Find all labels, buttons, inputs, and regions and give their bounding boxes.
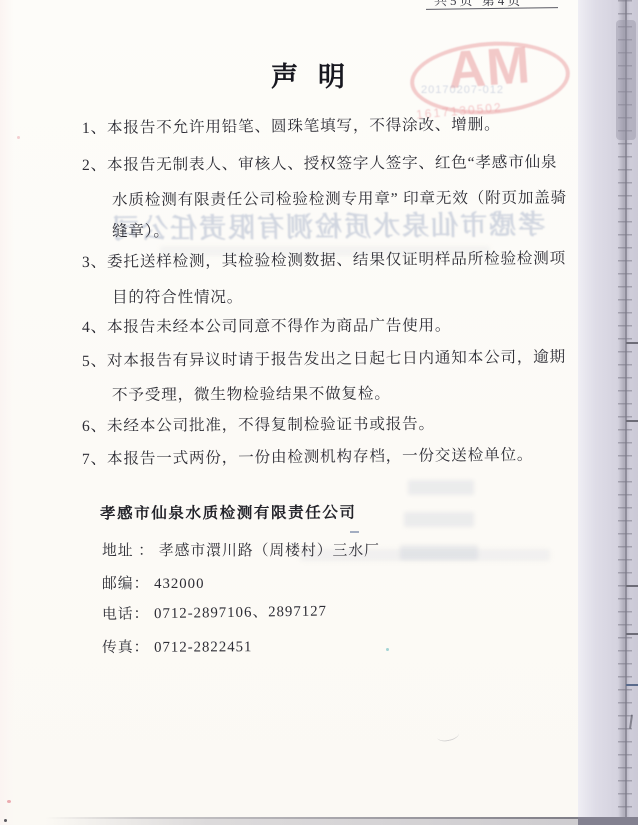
scan-speck [4, 819, 7, 822]
scan-speck [386, 648, 389, 651]
page-edge-segment [626, 633, 638, 635]
scan-right-edge-strip [578, 0, 638, 825]
scan-speck [7, 800, 11, 803]
page-edge-segment-blue [626, 684, 638, 686]
bleed-through-smudge [408, 480, 474, 495]
statement-line: 1、本报告不允许用铅笔、圆珠笔填写，不得涂改、增删。 [82, 112, 501, 138]
page-edge-segment [626, 585, 638, 587]
report-number-bleed: 20170207-012 [421, 84, 504, 96]
company-fax: 传真： 0712-2822451 [102, 635, 253, 657]
page-edge-top-shadow [616, 20, 636, 140]
scanned-document-page: 共5页 第4页 AM 1617130502 20170207-012 孝感市仙泉… [0, 0, 638, 825]
company-postcode: 邮编： 432000 [102, 572, 204, 593]
statement-line: 2、本报告无制表人、审核人、授权签字人签字、红色“孝感市仙泉 [82, 150, 557, 175]
company-name: 孝感市仙泉水质检测有限责任公司 [100, 501, 357, 524]
statement-line: 3、委托送样检测，其检验检测数据、结果仅证明样品所检验检测项 [82, 246, 566, 272]
statement-line: 目的符合性情况。 [112, 285, 243, 307]
page-title: 声明 [271, 55, 365, 94]
pencil-squiggle-mark [436, 728, 460, 743]
page-edge-segment [626, 420, 638, 422]
statement-line: 水质检测有限责任公司检验检测专用章” 印章无效（附页加盖骑 [112, 186, 567, 210]
statement-line: 4、本报告未经本公司同意不得作为商品广告使用。 [82, 313, 451, 337]
scan-speck [17, 136, 20, 139]
company-address: 地址 ： 孝感市澴川路（周楼村）三水厂 [102, 539, 380, 560]
bottom-page-shadow-right [578, 817, 638, 825]
statement-line: 缝章）。 [112, 219, 170, 241]
bleed-through-smudge [404, 512, 474, 527]
page-edge-segment [626, 342, 638, 344]
company-phone: 电话： 0712-2897106、2897127 [102, 599, 327, 624]
pen-dash-mark [350, 531, 359, 533]
bottom-page-shadow-soft [45, 819, 578, 825]
statement-line: 6、未经本公司批准，不得复制检验证书或报告。 [82, 412, 435, 436]
edge-scribble-mark [629, 715, 638, 730]
statement-line: 7、本报告一式两份，一份由检测机构存档，一份交送检单位。 [82, 443, 533, 469]
statement-line: 5、对本报告有异议时请于报告发出之日起七日内通知本公司，逾期 [82, 345, 566, 371]
statement-line: 不予受理，微生物检验结果不做复检。 [112, 382, 391, 405]
